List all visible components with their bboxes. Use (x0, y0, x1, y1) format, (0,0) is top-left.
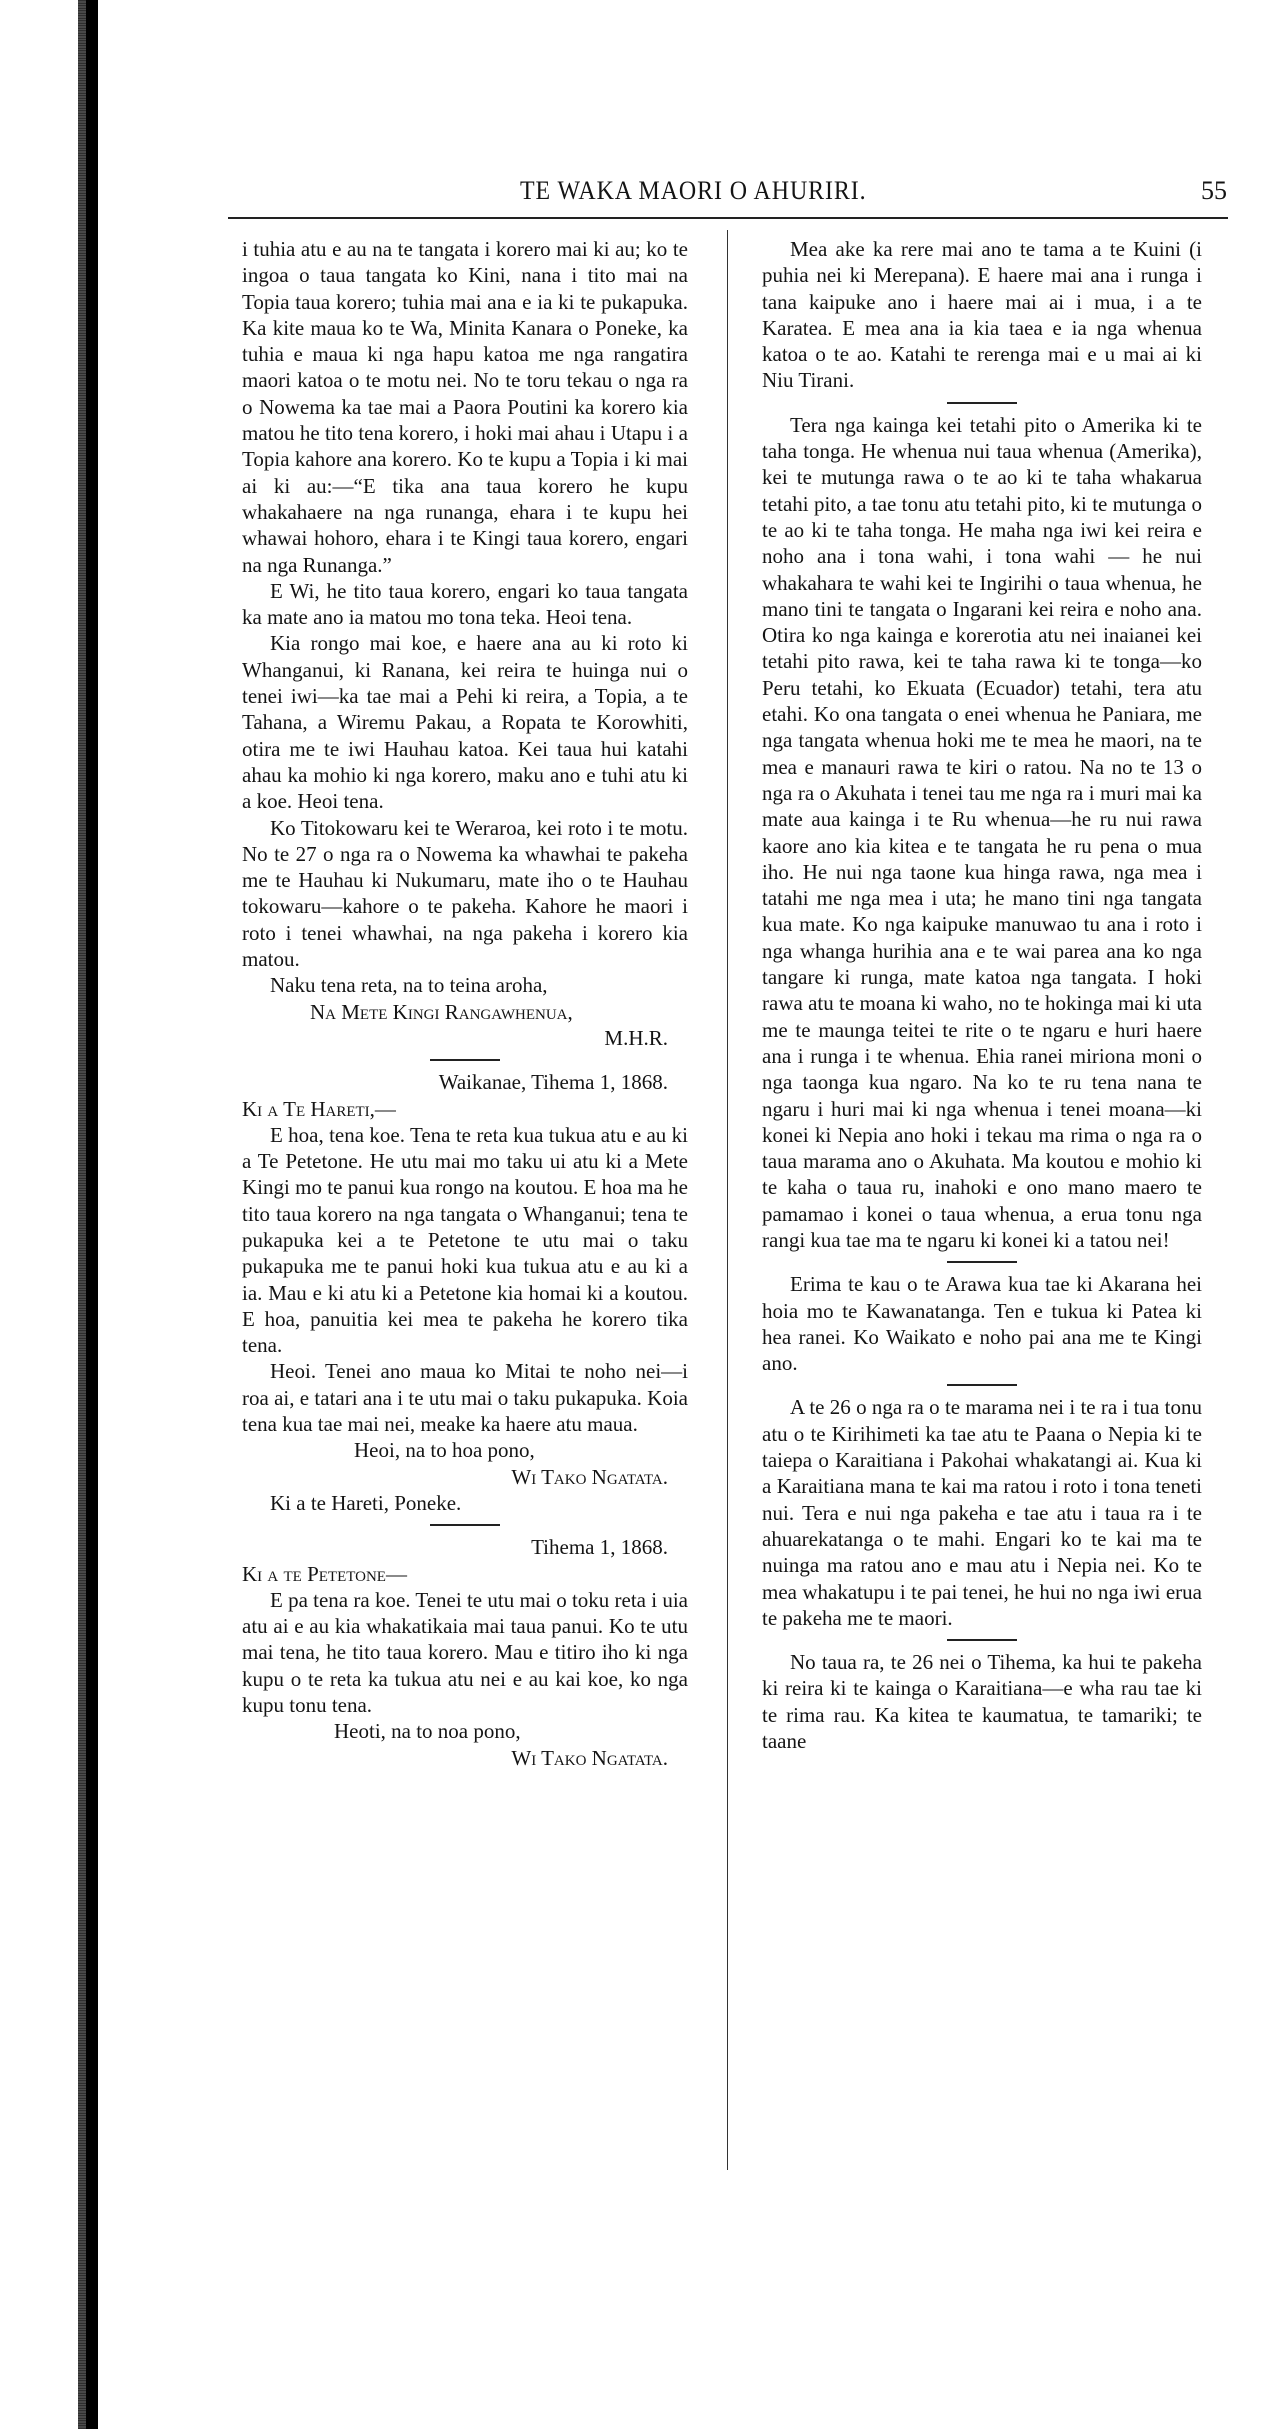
newspaper-title: TE WAKA MAORI O AHURIRI. (520, 176, 867, 206)
section-rule (947, 402, 1017, 404)
header-rule (228, 217, 1228, 219)
letter-paragraph: Ko Titokowaru kei te Weraroa, kei roto i… (242, 815, 688, 973)
column-divider (727, 230, 728, 2170)
news-paragraph: A te 26 o nga ra o te marama nei i te ra… (762, 1394, 1202, 1631)
news-paragraph: Tera nga kainga kei tetahi pito o Amerik… (762, 412, 1202, 1254)
signature: Na Mete Kingi Rangawhenua, (242, 999, 688, 1025)
letter-paragraph: Heoi. Tenei ano maua ko Mitai te noho ne… (242, 1358, 688, 1437)
dateline: Tihema 1, 1868. (242, 1534, 688, 1560)
section-rule (947, 1384, 1017, 1386)
binding-edge (78, 0, 98, 2429)
news-paragraph: No taua ra, te 26 nei o Tihema, ka hui t… (762, 1649, 1202, 1754)
signature-title: M.H.R. (242, 1025, 688, 1051)
letter-paragraph: E Wi, he tito taua korero, engari ko tau… (242, 578, 688, 631)
section-rule (947, 1261, 1017, 1263)
signature: Wi Tako Ngatata. (242, 1745, 688, 1771)
signature: Wi Tako Ngatata. (242, 1464, 688, 1490)
section-rule (430, 1524, 500, 1526)
letter-paragraph: E hoa, tena koe. Tena te reta kua tukua … (242, 1122, 688, 1359)
closing-line: Heoti, na to noa pono, (242, 1718, 688, 1744)
dateline: Waikanae, Tihema 1, 1868. (242, 1069, 688, 1095)
right-column: Mea ake ka rere mai ano te tama a te Kui… (762, 236, 1202, 1754)
page-number: 55 (1201, 176, 1227, 206)
letter-paragraph: Kia rongo mai koe, e haere ana au ki rot… (242, 630, 688, 814)
news-paragraph: Erima te kau o te Arawa kua tae ki Akara… (762, 1271, 1202, 1376)
letter-paragraph: i tuhia atu e au na te tangata i korero … (242, 236, 688, 578)
left-column: i tuhia atu e au na te tangata i korero … (242, 236, 688, 1771)
page-header: TE WAKA MAORI O AHURIRI. 55 (215, 170, 1215, 210)
salutation: Ki a te Petetone— (242, 1561, 688, 1587)
address-line: Ki a te Hareti, Poneke. (242, 1490, 688, 1516)
letter-paragraph: E pa tena ra koe. Tenei te utu mai o tok… (242, 1587, 688, 1718)
salutation: Ki a Te Hareti,— (242, 1096, 688, 1122)
closing-line: Heoi, na to hoa pono, (242, 1437, 688, 1463)
closing-line: Naku tena reta, na to teina aroha, (242, 972, 688, 998)
section-rule (430, 1059, 500, 1061)
news-paragraph: Mea ake ka rere mai ano te tama a te Kui… (762, 236, 1202, 394)
section-rule (947, 1639, 1017, 1641)
